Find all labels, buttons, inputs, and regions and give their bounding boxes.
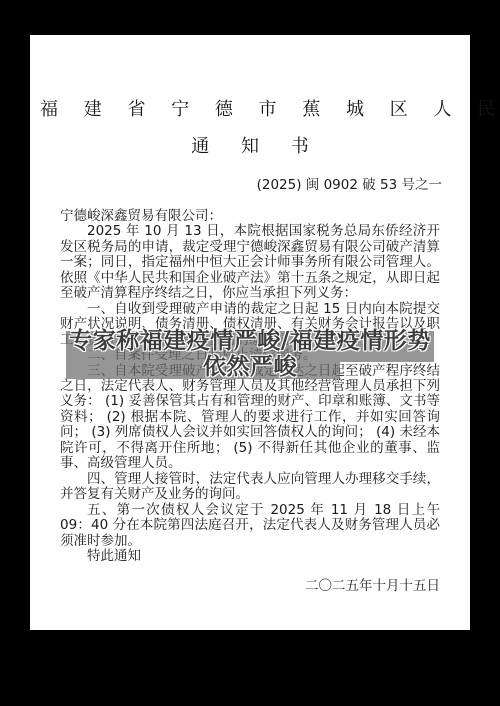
- closing-line: 特此通知: [60, 549, 440, 564]
- issue-date: 二〇二五年十月十五日: [60, 579, 440, 594]
- document-title: 通 知 书: [30, 135, 470, 158]
- headline-line-1: 专家称福建疫情严峻/福建疫情形势: [69, 328, 430, 354]
- paragraph-duty-5: 五、第一次债权人会议定于 2025 年 11 月 18 日上午 09：40 分在…: [60, 503, 440, 549]
- paragraph-intro: 2025 年 10 月 13 日，本院根据国家税务总局东侨经济开发区税务局的申请…: [60, 224, 440, 301]
- paragraph-duty-4: 四、管理人接管时，法定代表人应向管理人办理移交手续，并答复有关财产及业务的询问。: [60, 472, 440, 503]
- court-name-heading: 福 建 省 宁 德 市 蕉 城 区 人 民 法 院: [30, 99, 470, 121]
- notice-body: 宁德峻深鑫贸易有限公司： 2025 年 10 月 13 日，本院根据国家税务总局…: [60, 209, 440, 595]
- headline-line-2: 依然严峻: [66, 355, 434, 381]
- watermark-headline: 专家称福建疫情严峻/福建疫情形势 依然严峻: [66, 329, 434, 380]
- case-number: (2025) 闽 0902 破 53 号之一: [257, 177, 442, 193]
- image-frame: 福 建 省 宁 德 市 蕉 城 区 人 民 法 院 通 知 书 (2025) 闽…: [0, 0, 500, 706]
